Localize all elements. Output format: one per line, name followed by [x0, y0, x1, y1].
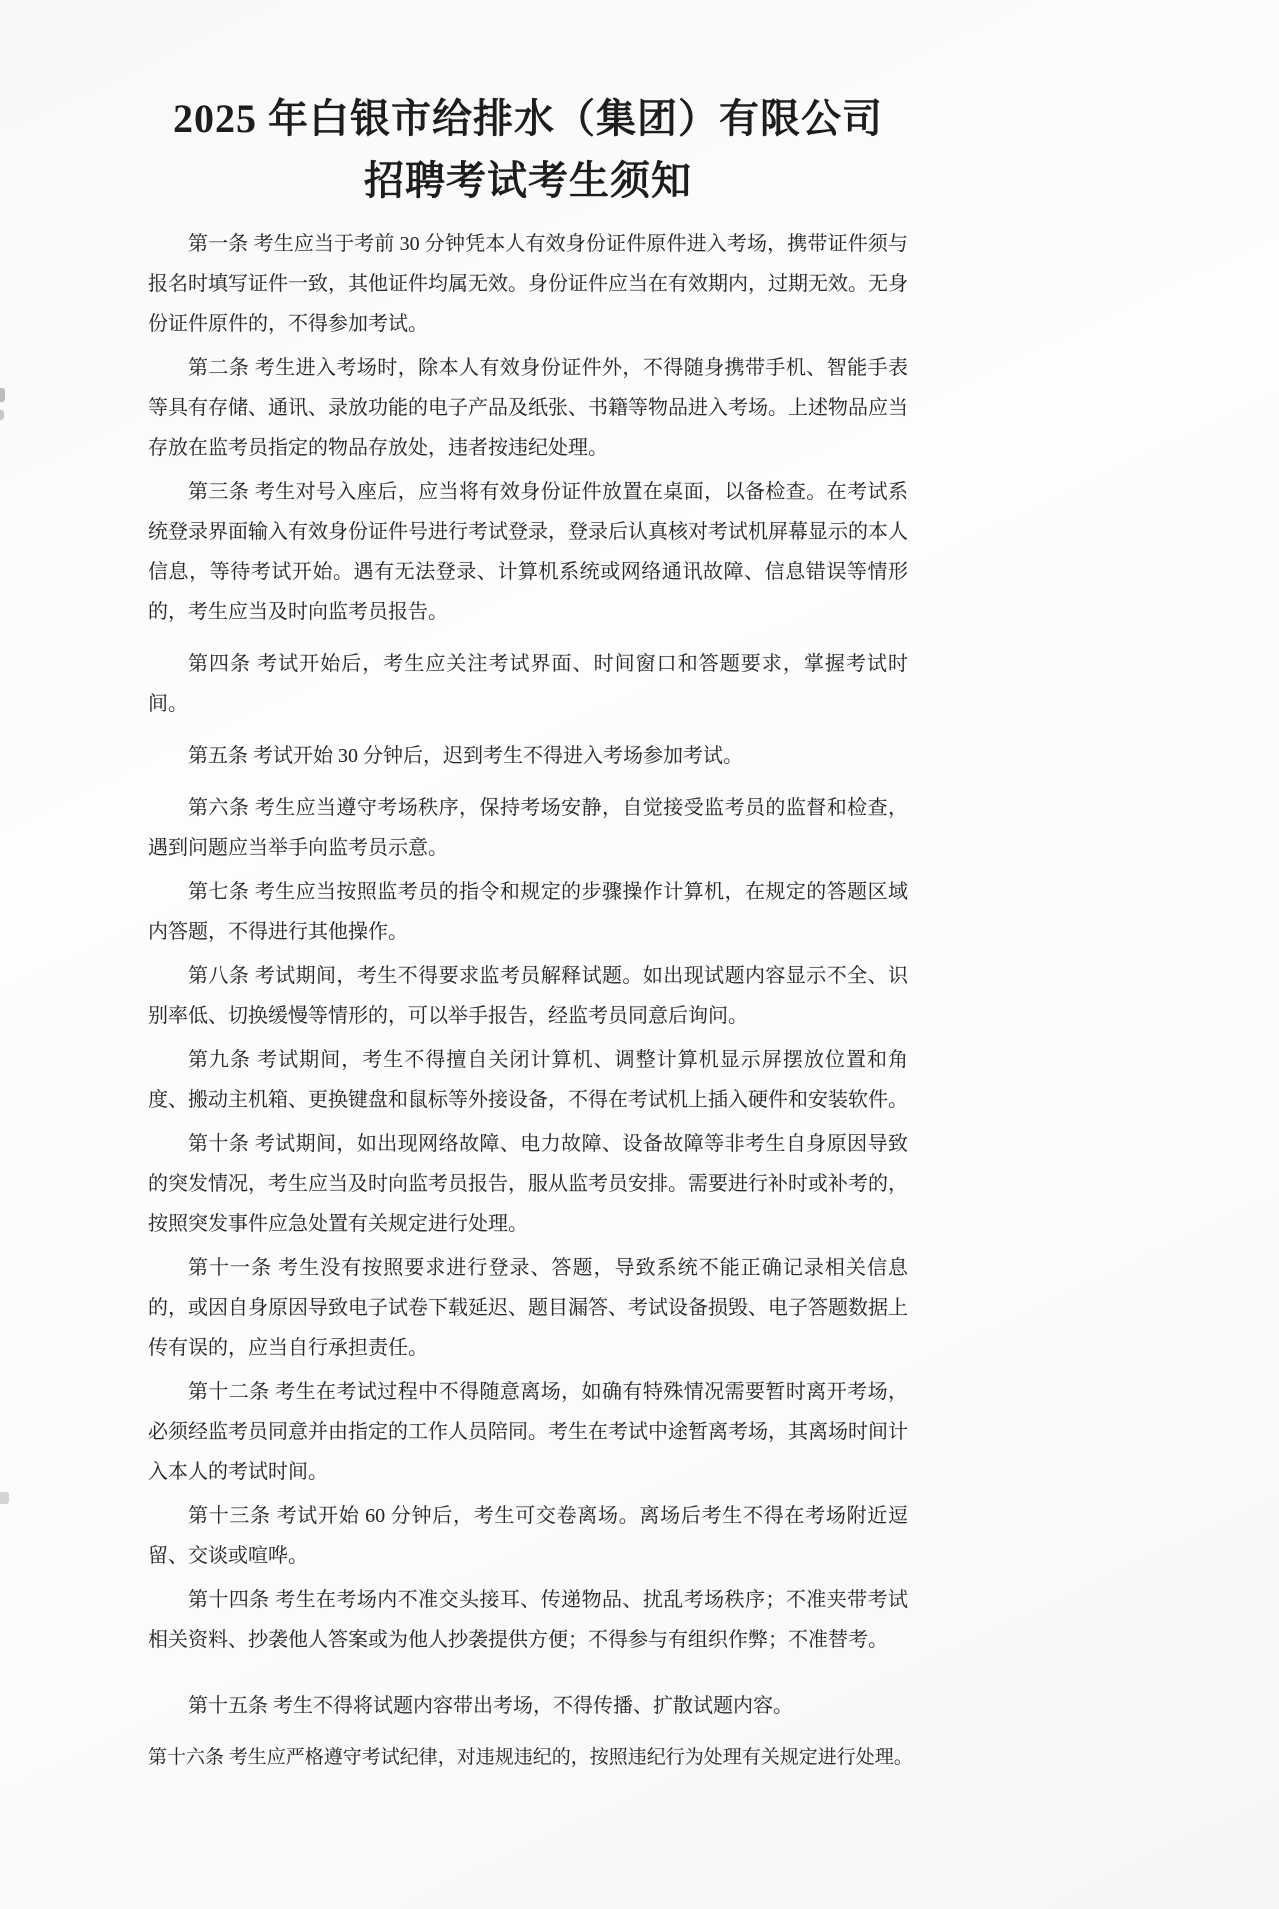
article-paragraph-14: 第十四条 考生在考场内不准交头接耳、传递物品、扰乱考场秩序；不准夹带考试相关资料… [148, 1580, 908, 1660]
paper-edge-smudge [0, 1492, 9, 1504]
article-paragraph-9: 第九条 考试期间，考生不得擅自关闭计算机、调整计算机显示屏摆放位置和角度、搬动主… [148, 1040, 908, 1120]
article-paragraph-1: 第一条 考生应当于考前 30 分钟凭本人有效身份证件原件进入考场，携带证件须与报… [148, 224, 908, 344]
article-paragraph-3: 第三条 考生对号入座后，应当将有效身份证件放置在桌面，以备检查。在考试系统登录界… [148, 472, 908, 632]
document-title-line2: 招聘考试考生须知 [148, 150, 908, 212]
article-paragraph-11: 第十一条 考生没有按照要求进行登录、答题，导致系统不能正确记录相关信息的，或因自… [148, 1248, 908, 1368]
document-content: 2025 年白银市给排水（集团）有限公司 招聘考试考生须知 第一条 考生应当于考… [148, 88, 908, 1778]
article-paragraph-5: 第五条 考试开始 30 分钟后，迟到考生不得进入考场参加考试。 [148, 736, 908, 776]
document-title-line1: 2025 年白银市给排水（集团）有限公司 [148, 88, 908, 150]
article-paragraph-12: 第十二条 考生在考试过程中不得随意离场，如确有特殊情况需要暂时离开考场，必须经监… [148, 1372, 908, 1492]
document-title: 2025 年白银市给排水（集团）有限公司 招聘考试考生须知 [148, 88, 908, 212]
article-paragraph-2: 第二条 考生进入考场时，除本人有效身份证件外，不得随身携带手机、智能手表等具有存… [148, 348, 908, 468]
document-page: 2025 年白银市给排水（集团）有限公司 招聘考试考生须知 第一条 考生应当于考… [0, 0, 1279, 1909]
paper-edge-smudge [0, 388, 5, 402]
article-paragraph-16: 第十六条 考生应严格遵守考试纪律，对违规违纪的，按照违纪行为处理有关规定进行处理… [148, 1738, 908, 1778]
article-paragraph-13: 第十三条 考试开始 60 分钟后，考生可交卷离场。离场后考生不得在考场附近逗留、… [148, 1496, 908, 1576]
article-paragraph-15: 第十五条 考生不得将试题内容带出考场，不得传播、扩散试题内容。 [148, 1686, 908, 1726]
article-paragraph-10: 第十条 考试期间，如出现网络故障、电力故障、设备故障等非考生自身原因导致的突发情… [148, 1124, 908, 1244]
article-paragraph-4: 第四条 考试开始后，考生应关注考试界面、时间窗口和答题要求，掌握考试时间。 [148, 644, 908, 724]
article-paragraph-6: 第六条 考生应当遵守考场秩序，保持考场安静，自觉接受监考员的监督和检查，遇到问题… [148, 788, 908, 868]
article-paragraph-7: 第七条 考生应当按照监考员的指令和规定的步骤操作计算机，在规定的答题区域内答题，… [148, 872, 908, 952]
article-paragraph-8: 第八条 考试期间，考生不得要求监考员解释试题。如出现试题内容显示不全、识别率低、… [148, 956, 908, 1036]
paper-edge-smudge [0, 410, 4, 420]
